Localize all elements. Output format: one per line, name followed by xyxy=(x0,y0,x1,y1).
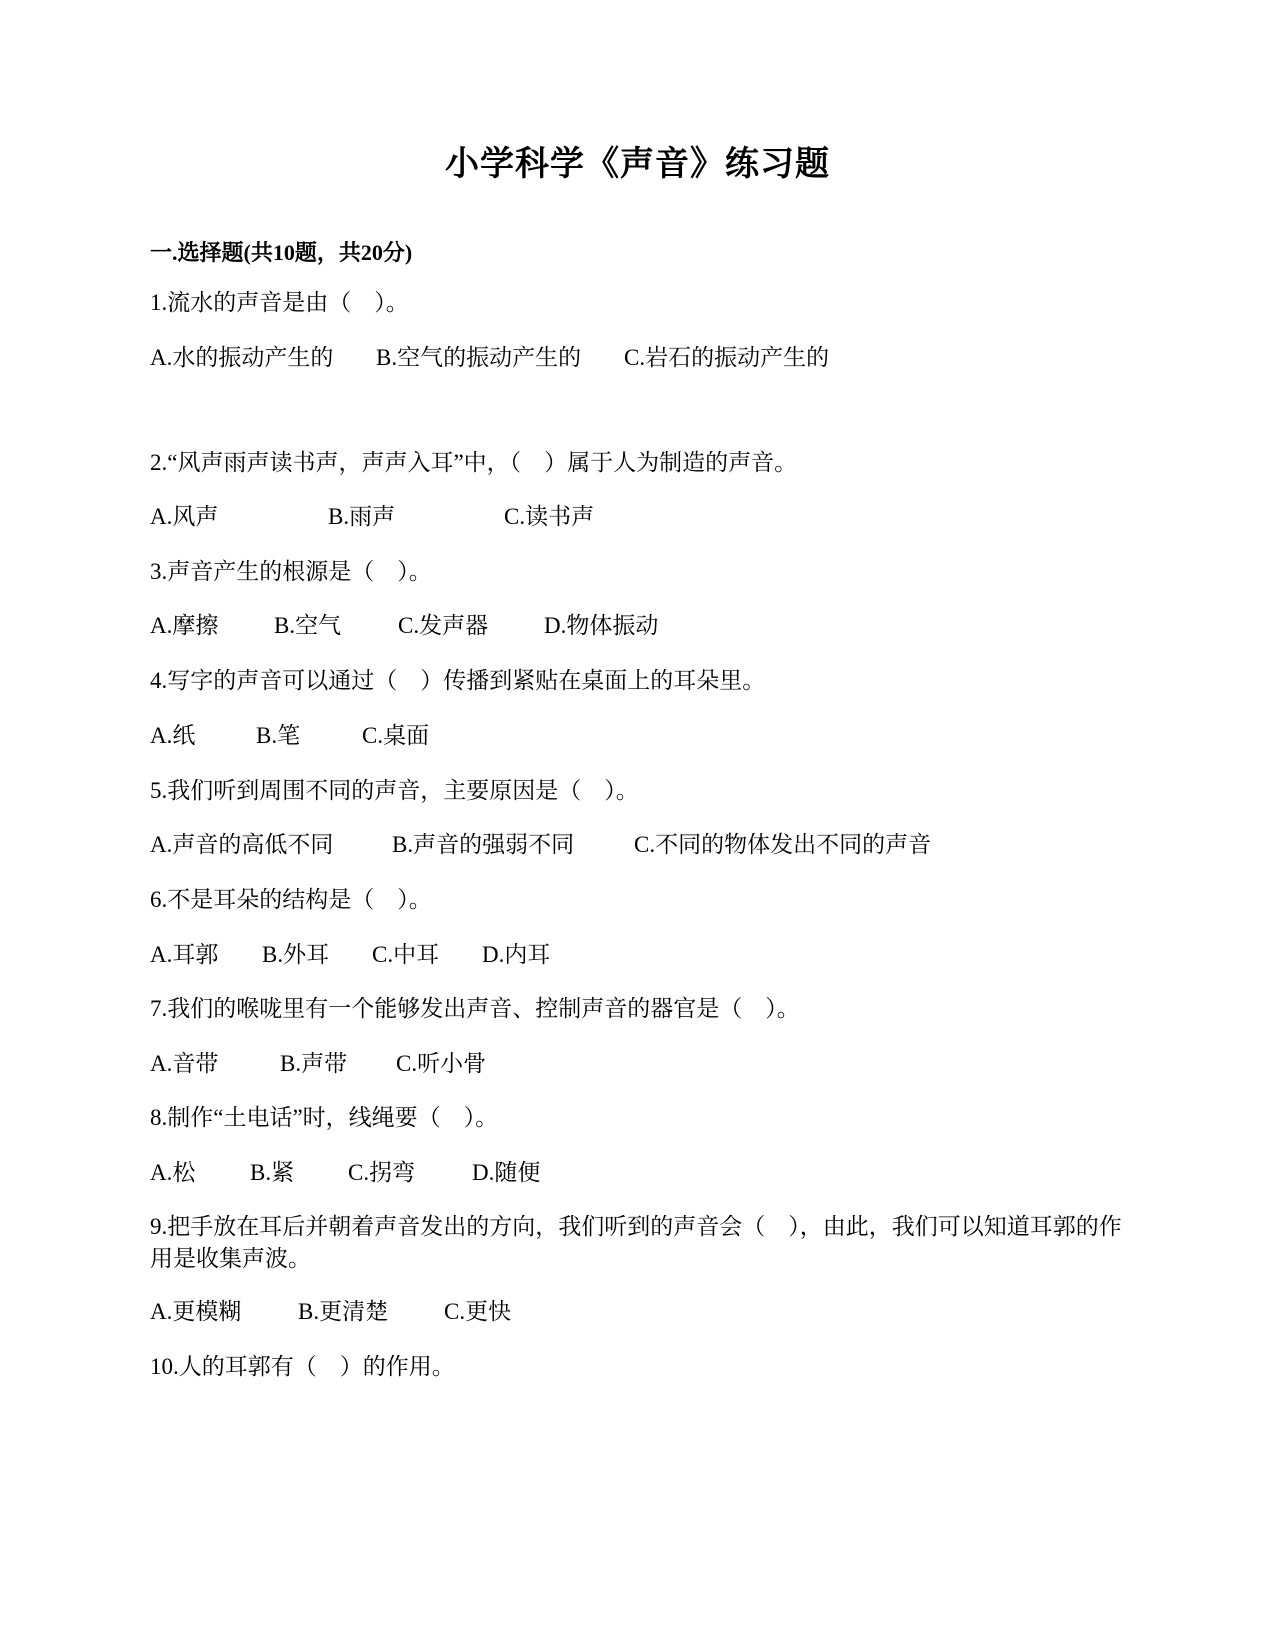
question-9-stem: 9.把手放在耳后并朝着声音发出的方向，我们听到的声音会（ ），由此，我们可以知道… xyxy=(150,1211,1130,1275)
option-c: C.不同的物体发出不同的声音 xyxy=(634,830,931,860)
question-2-stem: 2.“风声雨声读书声，声声入耳”中，（ ）属于人为制造的声音。 xyxy=(150,448,797,478)
option-c: C.中耳 xyxy=(372,940,439,970)
option-a: A.纸 xyxy=(150,721,195,751)
question-5-options: A.声音的高低不同 B.声音的强弱不同 C.不同的物体发出不同的声音 xyxy=(150,830,1150,860)
question-8-options: A.松 B.紧 C.拐弯 D.随便 xyxy=(150,1158,1150,1188)
section-heading: 一.选择题(共10题，共20分) xyxy=(150,238,412,268)
option-a: A.声音的高低不同 xyxy=(150,830,333,860)
option-c: C.桌面 xyxy=(362,721,429,751)
option-a: A.耳郭 xyxy=(150,940,218,970)
option-d: D.随便 xyxy=(472,1158,540,1188)
option-b: B.空气的振动产生的 xyxy=(376,343,581,373)
option-b: B.紧 xyxy=(250,1158,294,1188)
question-9-options: A.更模糊 B.更清楚 C.更快 xyxy=(150,1297,1150,1327)
option-d: D.物体振动 xyxy=(544,611,658,641)
question-4-options: A.纸 B.笔 C.桌面 xyxy=(150,721,1150,751)
option-b: B.笔 xyxy=(256,721,300,751)
question-1-stem: 1.流水的声音是由（ ）。 xyxy=(150,288,409,318)
option-b: B.外耳 xyxy=(262,940,329,970)
option-a: A.更模糊 xyxy=(150,1297,241,1327)
question-6-stem: 6.不是耳朵的结构是（ ）。 xyxy=(150,885,432,915)
option-b: B.声音的强弱不同 xyxy=(392,830,574,860)
option-a: A.风声 xyxy=(150,502,218,532)
page-title: 小学科学《声音》练习题 xyxy=(0,143,1275,187)
option-c: C.听小骨 xyxy=(396,1049,486,1079)
question-6-options: A.耳郭 B.外耳 C.中耳 D.内耳 xyxy=(150,940,1150,970)
option-a: A.摩擦 xyxy=(150,611,218,641)
question-3-stem: 3.声音产生的根源是（ ）。 xyxy=(150,557,432,587)
question-8-stem: 8.制作“土电话”时，线绳要（ ）。 xyxy=(150,1103,498,1133)
option-b: B.声带 xyxy=(280,1049,347,1079)
option-b: B.更清楚 xyxy=(298,1297,388,1327)
option-d: D.内耳 xyxy=(482,940,550,970)
question-1-options: A.水的振动产生的 B.空气的振动产生的 C.岩石的振动产生的 xyxy=(150,343,1150,373)
question-2-options: A.风声 B.雨声 C.读书声 xyxy=(150,502,1150,532)
option-c: C.读书声 xyxy=(504,502,594,532)
question-7-stem: 7.我们的喉咙里有一个能够发出声音、控制声音的器官是（ ）。 xyxy=(150,994,800,1024)
option-b: B.雨声 xyxy=(328,502,395,532)
option-b: B.空气 xyxy=(274,611,341,641)
question-10-stem: 10.人的耳郭有（ ）的作用。 xyxy=(150,1352,455,1382)
question-7-options: A.音带 B.声带 C.听小骨 xyxy=(150,1049,1150,1079)
option-c: C.发声器 xyxy=(398,611,488,641)
option-a: A.水的振动产生的 xyxy=(150,343,333,373)
option-a: A.松 xyxy=(150,1158,195,1188)
question-5-stem: 5.我们听到周围不同的声音，主要原因是（ ）。 xyxy=(150,776,639,806)
question-3-options: A.摩擦 B.空气 C.发声器 D.物体振动 xyxy=(150,611,1150,641)
option-a: A.音带 xyxy=(150,1049,218,1079)
question-4-stem: 4.写字的声音可以通过（ ）传播到紧贴在桌面上的耳朵里。 xyxy=(150,666,765,696)
option-c: C.岩石的振动产生的 xyxy=(624,343,829,373)
option-c: C.更快 xyxy=(444,1297,511,1327)
option-c: C.拐弯 xyxy=(348,1158,415,1188)
